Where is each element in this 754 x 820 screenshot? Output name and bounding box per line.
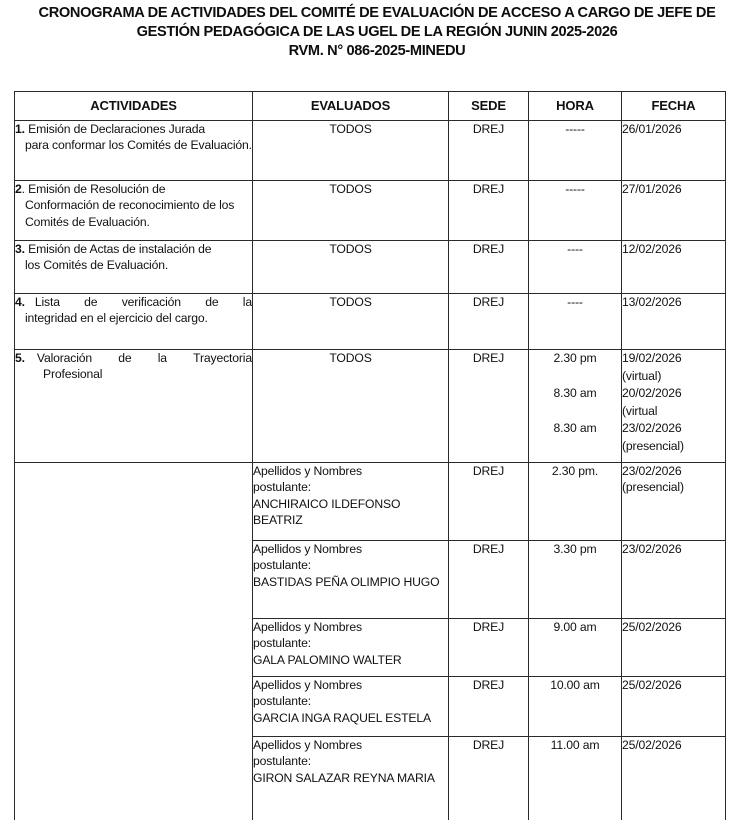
sede-cell: DREJ [449,463,529,541]
fecha-note: (presencial) [622,479,725,495]
hora-cell: 2.30 pm. [529,463,622,541]
sede-cell: DREJ [449,619,529,677]
sede-cell: DREJ [449,541,529,619]
activity-text: Emisión de Actas de instalación de [25,242,211,256]
activity-text-cont: integridad en el ejercicio del cargo. [15,310,252,326]
fecha-value: 25/02/2026 [622,737,725,753]
applicant-label: postulante: [253,635,448,651]
evaluados-cell: TODOS [253,121,449,181]
hora-cell: ----- [529,121,622,181]
activity-number: 4. [15,295,25,309]
activity-number: 2 [15,182,22,196]
fecha-value: 23/02/2026 [622,463,725,479]
applicant-cell: Apellidos y Nombres postulante: ANCHIRAI… [253,463,449,541]
hora-cell: 3.30 pm [529,541,622,619]
applicant-label: Apellidos y Nombres [253,463,448,479]
applicant-label: postulante: [253,753,448,769]
activity-line-1: 4. Listadeverificacióndela [15,294,252,310]
header-evaluados: EVALUADOS [253,92,449,121]
activity-number: 5. [15,350,25,366]
fecha-cell: 23/02/2026 (presencial) [622,463,726,541]
fecha-cell: 23/02/2026 [622,541,726,619]
activity-cell: 2. Emisión de Resolución de Conformación… [15,181,253,241]
applicant-label: postulante: [253,479,448,495]
activity-text: Listadeverificacióndela [25,294,252,310]
title-line-3: RVM. N° 086-2025-MINEDU [0,42,754,61]
table-row: 1. Emisión de Declaraciones Jurada para … [15,121,726,181]
activity-text-cont: para conformar los Comités de Evaluación… [15,137,252,153]
hora-cell: 2.30 pm 8.30 am 8.30 am [529,350,622,463]
hora-value: 2.30 pm [529,350,621,385]
table-row: 5. ValoracióndelaTrayectoria Profesional… [15,350,726,463]
table-row: Apellidos y Nombres postulante: ANCHIRAI… [15,463,726,541]
sede-cell: DREJ [449,350,529,463]
hora-cell: 10.00 am [529,677,622,737]
schedule-table: ACTIVIDADES EVALUADOS SEDE HORA FECHA 1.… [14,91,726,820]
evaluados-cell: TODOS [253,294,449,350]
sede-cell: DREJ [449,294,529,350]
hora-value: 8.30 am [529,420,621,455]
title-line-1: CRONOGRAMA DE ACTIVIDADES DEL COMITÉ DE … [0,4,754,23]
fecha-cell: 25/02/2026 [622,737,726,820]
activity-text: Emisión de Declaraciones Jurada [25,122,205,136]
table-row: 4. Listadeverificacióndela integridad en… [15,294,726,350]
applicant-cell: Apellidos y Nombres postulante: GARCIA I… [253,677,449,737]
fecha-value: 23/02/2026 [622,541,725,557]
sede-cell: DREJ [449,241,529,294]
applicant-name: ANCHIRAICO ILDEFONSO BEATRIZ [253,496,448,529]
applicant-cell: Apellidos y Nombres postulante: GIRON SA… [253,737,449,820]
table-header-row: ACTIVIDADES EVALUADOS SEDE HORA FECHA [15,92,726,121]
hora-cell: ----- [529,181,622,241]
activity-number: 3. [15,242,25,256]
activity-cell: 5. ValoracióndelaTrayectoria Profesional [15,350,253,463]
activity-text-cont: Profesional [15,366,252,382]
sede-cell: DREJ [449,677,529,737]
applicant-label: postulante: [253,557,448,573]
hora-cell: 11.00 am [529,737,622,820]
fecha-cell: 25/02/2026 [622,619,726,677]
activity-line-1: 5. ValoracióndelaTrayectoria [15,350,252,366]
table-row: 2. Emisión de Resolución de Conformación… [15,181,726,241]
activity-cell-empty [15,463,253,820]
activity-text: ValoracióndelaTrayectoria [25,350,252,366]
hora-cell: 9.00 am [529,619,622,677]
hora-cell: ---- [529,294,622,350]
hora-value: 8.30 am [529,385,621,420]
sede-cell: DREJ [449,121,529,181]
applicant-label: Apellidos y Nombres [253,619,448,635]
table-row: 3. Emisión de Actas de instalación de lo… [15,241,726,294]
activity-text: . Emisión de Resolución de [22,182,166,196]
sede-cell: DREJ [449,181,529,241]
fecha-value: 19/02/2026 [622,350,725,368]
activity-cell: 4. Listadeverificacióndela integridad en… [15,294,253,350]
header-actividades: ACTIVIDADES [15,92,253,121]
applicant-name: GALA PALOMINO WALTER [253,652,448,668]
fecha-note: (presencial) [622,438,725,456]
applicant-name: GIRON SALAZAR REYNA MARIA [253,770,448,786]
activity-cell: 3. Emisión de Actas de instalación de lo… [15,241,253,294]
fecha-value: 20/02/2026 [622,385,725,403]
fecha-cell: 13/02/2026 [622,294,726,350]
applicant-label: postulante: [253,693,448,709]
activity-number: 1. [15,122,25,136]
fecha-cell: 27/01/2026 [622,181,726,241]
header-hora: HORA [529,92,622,121]
applicant-name: BASTIDAS PEÑA OLIMPIO HUGO [253,574,448,590]
applicant-name: GARCIA INGA RAQUEL ESTELA [253,710,448,726]
applicant-cell: Apellidos y Nombres postulante: GALA PAL… [253,619,449,677]
applicant-cell: Apellidos y Nombres postulante: BASTIDAS… [253,541,449,619]
header-sede: SEDE [449,92,529,121]
fecha-cell: 25/02/2026 [622,677,726,737]
sede-cell: DREJ [449,737,529,820]
fecha-cell: 12/02/2026 [622,241,726,294]
activity-text-cont: los Comités de Evaluación. [15,257,252,273]
fecha-note: (virtual) [622,368,725,386]
title-line-2: GESTIÓN PEDAGÓGICA DE LAS UGEL DE LA REG… [0,23,754,42]
fecha-value: 25/02/2026 [622,619,725,635]
applicant-label: Apellidos y Nombres [253,737,448,753]
evaluados-cell: TODOS [253,241,449,294]
header-fecha: FECHA [622,92,726,121]
fecha-value: 25/02/2026 [622,677,725,693]
fecha-value: 23/02/2026 [622,420,725,438]
evaluados-cell: TODOS [253,181,449,241]
fecha-cell: 19/02/2026 (virtual) 20/02/2026 (virtual… [622,350,726,463]
applicant-label: Apellidos y Nombres [253,677,448,693]
activity-cell: 1. Emisión de Declaraciones Jurada para … [15,121,253,181]
activity-text-cont: Conformación de reconocimiento de los Co… [15,197,252,230]
hora-cell: ---- [529,241,622,294]
fecha-note: (virtual [622,403,725,421]
evaluados-cell: TODOS [253,350,449,463]
applicant-label: Apellidos y Nombres [253,541,448,557]
document-title: CRONOGRAMA DE ACTIVIDADES DEL COMITÉ DE … [0,4,754,61]
fecha-cell: 26/01/2026 [622,121,726,181]
